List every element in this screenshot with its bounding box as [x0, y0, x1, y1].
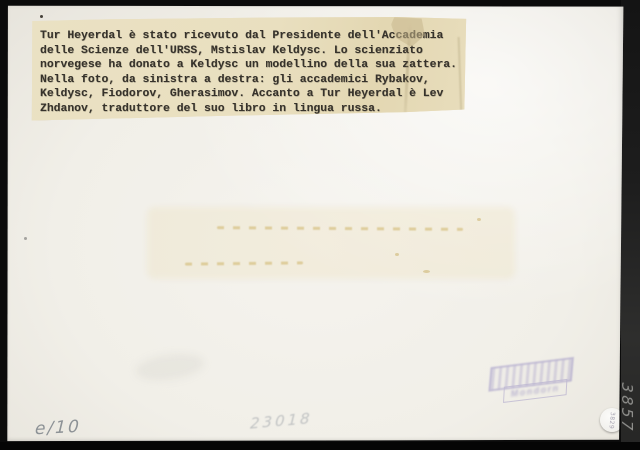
agency-stamp: Mondorn	[488, 353, 581, 409]
pencil-note-right-edge: 3857	[618, 379, 636, 437]
sticker-number: 3829	[608, 411, 616, 429]
scan-mat-bottom	[0, 442, 640, 450]
caption-label: Tur Heyerdal è stato ricevuto dal Presid…	[31, 17, 467, 121]
photo-back-scan: Tur Heyerdal è stato ricevuto dal Presid…	[0, 0, 640, 450]
glue-stain-dot	[395, 253, 399, 256]
caption-line-3: norvegese ha donato a Keldysc un modelli…	[40, 58, 467, 73]
caption-line-2: delle Scienze dell'URSS, Mstislav Keldys…	[40, 44, 467, 59]
pencil-note-bottom-center: 23018	[250, 409, 313, 433]
pencil-note-bottom-left: e/10	[35, 417, 82, 439]
caption-line-5: Keldysc, Fiodorov, Gherasimov. Accanto a…	[40, 87, 467, 102]
paper-smudge	[134, 349, 207, 384]
stamp-bottom-text: Mondorn	[511, 383, 560, 399]
caption-line-4: Nella foto, da sinistra a destra: gli ac…	[40, 73, 467, 88]
photo-back-card: Tur Heyerdal è stato ricevuto dal Presid…	[7, 4, 624, 442]
glue-stain-dot	[423, 270, 430, 273]
glue-stain-dot	[477, 218, 481, 221]
paper-speck	[24, 237, 27, 240]
ink-dot	[40, 15, 43, 18]
glue-stain-patch	[147, 207, 515, 279]
